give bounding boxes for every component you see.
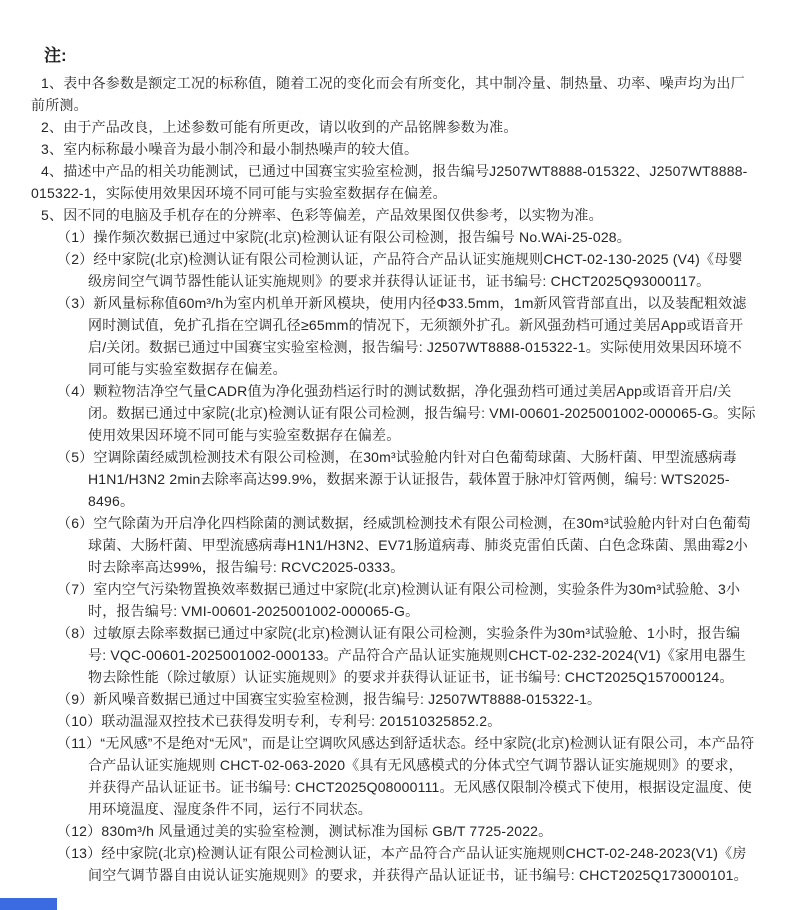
note-sub-7: （7）室内空气污染物置换效率数据已通过中家院(北京)检测认证有限公司检测，实验条… xyxy=(31,578,756,622)
note-main-1-marker: 1、 xyxy=(41,75,63,91)
note-main-1: 1、表中各参数是额定工况的标称值，随着工况的变化而会有所变化，其中制冷量、制热量… xyxy=(31,72,756,116)
note-sub-12: （12）830m³/h 风量通过美的实验室检测，测试标准为国标 GB/T 772… xyxy=(31,820,756,842)
note-sub-6-marker: （6） xyxy=(57,515,93,531)
product-notes-page: { "page": { "background": "#ffffff", "te… xyxy=(0,0,790,910)
note-sub-4-marker: （4） xyxy=(57,383,93,399)
note-sub-1-text: 操作频次数据已通过中家院(北京)检测认证有限公司检测，报告编号 No.WAi-2… xyxy=(93,229,631,245)
note-sub-9-marker: （9） xyxy=(57,691,93,707)
note-sub-11-marker: （11） xyxy=(57,735,100,751)
note-sub-1: （1）操作频次数据已通过中家院(北京)检测认证有限公司检测，报告编号 No.WA… xyxy=(31,226,756,248)
note-main-4-text: 描述中产品的相关功能测试，已通过中国赛宝实验室检测，报告编号J2507WT888… xyxy=(31,163,748,201)
note-sub-9-text: 新风噪音数据已通过中国赛宝实验室检测，报告编号: J2507WT8888-015… xyxy=(93,691,601,707)
note-sub-10-marker: （10） xyxy=(57,713,101,729)
note-sub-2-marker: （2） xyxy=(57,251,93,267)
note-main-1-text: 表中各参数是额定工况的标称值，随着工况的变化而会有所变化，其中制冷量、制热量、功… xyxy=(31,75,745,113)
note-sub-10-text: 联动温湿双控技术已获得发明专利，专利号: 201510325852.2。 xyxy=(101,713,501,729)
note-sub-5-marker: （5） xyxy=(57,449,93,465)
note-sub-2-text: 经中家院(北京)检测认证有限公司检测认证，产品符合产品认证实施规则CHCT-02… xyxy=(88,251,743,289)
note-sub-8: （8）过敏原去除率数据已通过中家院(北京)检测认证有限公司检测，实验条件为30m… xyxy=(31,622,756,688)
note-sub-9: （9）新风噪音数据已通过中国赛宝实验室检测，报告编号: J2507WT8888-… xyxy=(31,688,756,710)
note-sub-13: （13）经中家院(北京)检测认证有限公司检测认证，本产品符合产品认证实施规则CH… xyxy=(31,842,756,886)
note-sub-3-marker: （3） xyxy=(57,295,93,311)
note-sub-1-marker: （1） xyxy=(57,229,93,245)
note-sub-11: （11）“无风感”不是绝对“无风”，而是让空调吹风感达到舒适状态。经中家院(北京… xyxy=(31,732,756,820)
note-sub-12-text: 830m³/h 风量通过美的实验室检测，测试标准为国标 GB/T 7725-20… xyxy=(101,823,552,839)
note-sub-4-text: 颗粒物洁净空气量CADR值为净化强劲档运行时的测试数据，净化强劲档可通过美居Ap… xyxy=(88,383,756,443)
note-sub-6-text: 空气除菌为开启净化四档除菌的测试数据，经威凯检测技术有限公司检测，在30m³试验… xyxy=(88,515,751,575)
note-sub-5: （5）空调除菌经威凯检测技术有限公司检测，在30m³试验舱内针对白色葡萄球菌、大… xyxy=(31,446,756,512)
note-main-3-marker: 3、 xyxy=(41,141,63,157)
note-sub-7-text: 室内空气污染物置换效率数据已通过中家院(北京)检测认证有限公司检测，实验条件为3… xyxy=(88,581,740,619)
note-sub-8-marker: （8） xyxy=(57,625,93,641)
note-sub-3: （3）新风量标称值60m³/h为室内机单开新风模块，使用内径Φ33.5mm，1m… xyxy=(31,292,756,380)
notes-title: 注: xyxy=(44,44,756,68)
note-sub-11-text: “无风感”不是绝对“无风”，而是让空调吹风感达到舒适状态。经中家院(北京)检测认… xyxy=(88,735,754,817)
note-main-4-marker: 4、 xyxy=(41,163,63,179)
note-main-2: 2、由于产品改良，上述参数可能有所更改，请以收到的产品铭牌参数为准。 xyxy=(31,116,756,138)
note-sub-7-marker: （7） xyxy=(57,581,93,597)
note-main-3-text: 室内标称最小噪音为最小制冷和最小制热噪声的较大值。 xyxy=(63,141,418,157)
note-sub-4: （4）颗粒物洁净空气量CADR值为净化强劲档运行时的测试数据，净化强劲档可通过美… xyxy=(31,380,756,446)
note-main-5-marker: 5、 xyxy=(41,207,63,223)
note-main-5-text: 因不同的电脑及手机存在的分辨率、色彩等偏差，产品效果图仅供参考，以实物为准。 xyxy=(63,207,603,223)
note-main-2-text: 由于产品改良，上述参数可能有所更改，请以收到的产品铭牌参数为准。 xyxy=(63,119,517,135)
note-sub-12-marker: （12） xyxy=(57,823,101,839)
note-sub-13-text: 经中家院(北京)检测认证有限公司检测认证，本产品符合产品认证实施规则CHCT-0… xyxy=(88,845,748,883)
note-sub-5-text: 空调除菌经威凯检测技术有限公司检测，在30m³试验舱内针对白色葡萄球菌、大肠杆菌… xyxy=(88,449,737,509)
note-sub-2: （2）经中家院(北京)检测认证有限公司检测认证，产品符合产品认证实施规则CHCT… xyxy=(31,248,756,292)
note-main-2-marker: 2、 xyxy=(41,119,63,135)
next-section-partial-element xyxy=(0,898,57,910)
note-sub-6: （6）空气除菌为开启净化四档除菌的测试数据，经威凯检测技术有限公司检测，在30m… xyxy=(31,512,756,578)
note-main-4: 4、描述中产品的相关功能测试，已通过中国赛宝实验室检测，报告编号J2507WT8… xyxy=(31,160,756,204)
note-sub-10: （10）联动温湿双控技术已获得发明专利，专利号: 201510325852.2。 xyxy=(31,710,756,732)
note-sub-3-text: 新风量标称值60m³/h为室内机单开新风模块，使用内径Φ33.5mm，1m新风管… xyxy=(88,295,747,377)
notes-document: 注: 1、表中各参数是额定工况的标称值，随着工况的变化而会有所变化，其中制冷量、… xyxy=(0,0,790,886)
note-sub-13-marker: （13） xyxy=(57,845,101,861)
note-sub-8-text: 过敏原去除率数据已通过中家院(北京)检测认证有限公司检测，实验条件为30m³试验… xyxy=(88,625,746,685)
note-main-3: 3、室内标称最小噪音为最小制冷和最小制热噪声的较大值。 xyxy=(31,138,756,160)
note-main-5: 5、因不同的电脑及手机存在的分辨率、色彩等偏差，产品效果图仅供参考，以实物为准。 xyxy=(31,204,756,226)
